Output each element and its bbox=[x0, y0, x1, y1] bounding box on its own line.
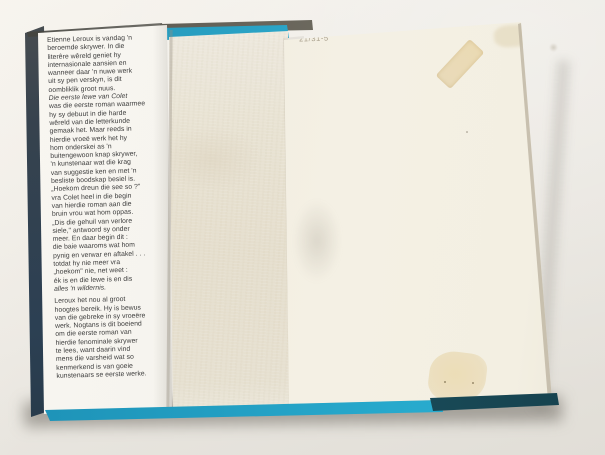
background-smudge bbox=[549, 43, 558, 52]
flap-blurb-text: Etienne Leroux is vandag 'nberoemde skry… bbox=[47, 33, 183, 381]
gutter-smudge bbox=[293, 200, 341, 282]
tape-residue-top bbox=[436, 39, 485, 89]
corner-stain bbox=[493, 24, 530, 48]
paper-speck bbox=[466, 131, 468, 133]
paper-speck bbox=[472, 382, 474, 384]
photo-open-book: Etienne Leroux is vandag 'nberoemde skry… bbox=[0, 0, 605, 455]
paper-speck bbox=[444, 381, 446, 383]
